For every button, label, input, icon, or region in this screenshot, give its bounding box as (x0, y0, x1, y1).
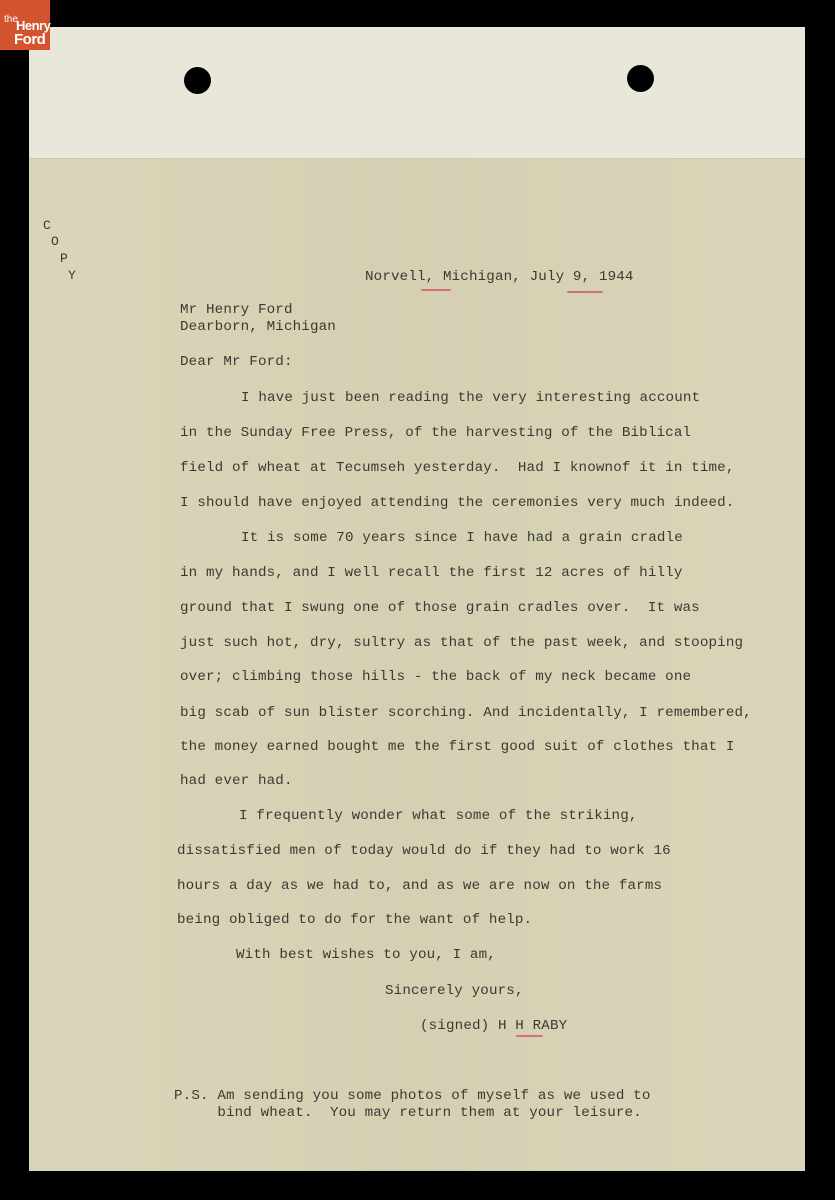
signature: (signed) H H RABY (420, 1019, 567, 1033)
paper-top-band (29, 27, 805, 159)
paragraph-2-line-5: over; climbing those hills - the back of… (180, 670, 691, 684)
red-underline-date (567, 291, 603, 293)
red-underline-norvell (421, 289, 451, 291)
paragraph-2-line-1: It is some 70 years since I have had a g… (241, 531, 683, 545)
henry-ford-logo: the Henry Ford (0, 0, 50, 50)
paragraph-1-line-3: field of wheat at Tecumseh yesterday. Ha… (180, 461, 735, 475)
paragraph-2-line-7: the money earned bought me the first goo… (180, 740, 735, 754)
postscript-line-1: P.S. Am sending you some photos of mysel… (174, 1089, 651, 1103)
paragraph-2-line-3: ground that I swung one of those grain c… (180, 601, 700, 615)
copy-stamp-p: P (60, 251, 68, 266)
paragraph-2-line-8: had ever had. (180, 774, 293, 788)
recipient-city: Dearborn, Michigan (180, 320, 336, 334)
paragraph-3-line-3: hours a day as we had to, and as we are … (177, 879, 662, 893)
valediction: Sincerely yours, (385, 984, 524, 998)
punch-hole-right (627, 65, 654, 92)
dateline: Norvell, Michigan, July 9, 1944 (365, 270, 634, 284)
recipient-name: Mr Henry Ford (180, 303, 293, 317)
salutation: Dear Mr Ford: (180, 355, 293, 369)
paragraph-2-line-2: in my hands, and I well recall the first… (180, 566, 683, 580)
copy-stamp-c: C (43, 218, 51, 233)
paragraph-1-line-2: in the Sunday Free Press, of the harvest… (180, 426, 691, 440)
punch-hole-left (184, 67, 211, 94)
paragraph-3-line-1: I frequently wonder what some of the str… (239, 809, 638, 823)
copy-stamp-y: Y (68, 268, 76, 283)
copy-stamp-o: O (51, 234, 59, 249)
closing-line: With best wishes to you, I am, (236, 948, 496, 962)
letter-page: C O P Y Norvell, Michigan, July 9, 1944 … (29, 27, 805, 1171)
logo-ford: Ford (14, 32, 45, 47)
postscript-line-2: bind wheat. You may return them at your … (174, 1106, 642, 1120)
paragraph-2-line-4: just such hot, dry, sultry as that of th… (180, 636, 743, 650)
paragraph-1-line-4: I should have enjoyed attending the cere… (180, 496, 735, 510)
paragraph-1-line-1: I have just been reading the very intere… (241, 391, 700, 405)
paragraph-2-line-6: big scab of sun blister scorching. And i… (180, 706, 752, 720)
paragraph-3-line-4: being obliged to do for the want of help… (177, 913, 532, 927)
paragraph-3-line-2: dissatisfied men of today would do if th… (177, 844, 671, 858)
red-underline-signature (516, 1035, 543, 1037)
